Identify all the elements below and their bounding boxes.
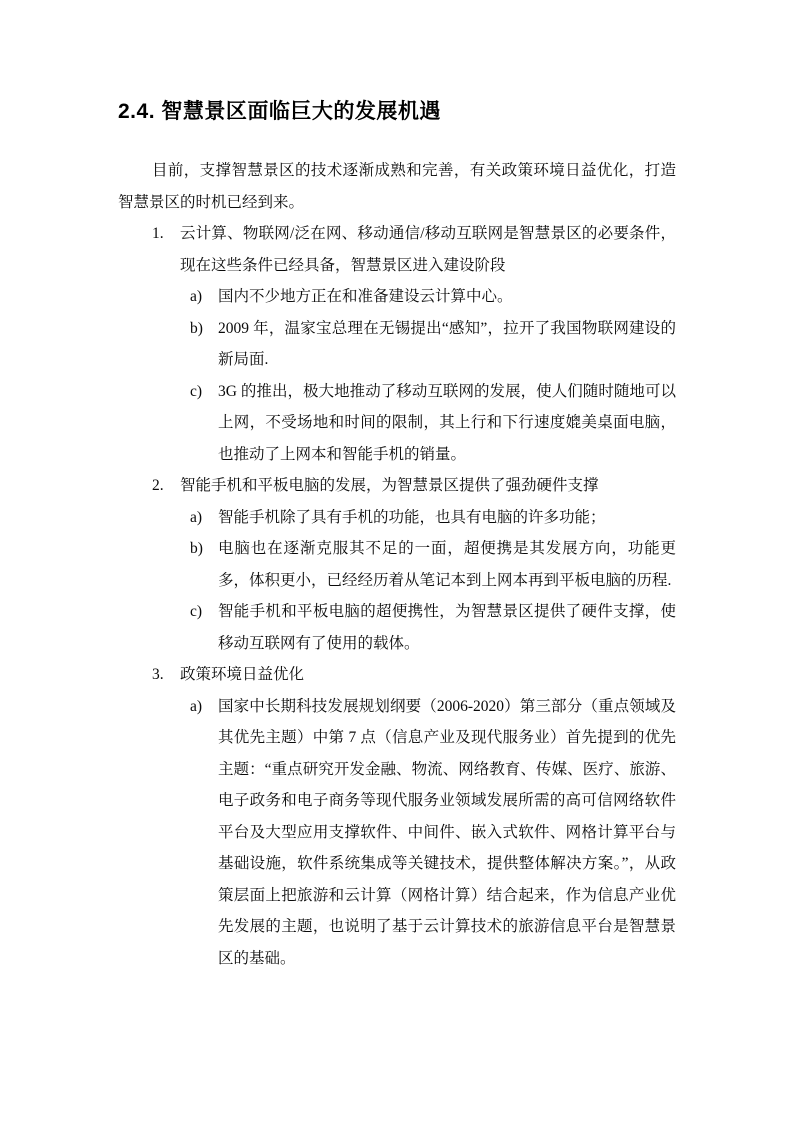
sub-list-item-2a: a) 智能手机除了具有手机的功能，也具有电脑的许多功能； [118,502,676,534]
sub-item-text: 国内不少地方正在和准备建设云计算中心。 [218,281,676,313]
sub-list-item-1b: b) 2009 年，温家宝总理在无锡提出“感知”，拉开了我国物联网建设的新局面. [118,313,676,376]
sub-list-item-2c: c) 智能手机和平板电脑的超便携性，为智慧景区提供了硬件支撑，使移动互联网有了使… [118,596,676,659]
sub-item-marker: a) [190,502,218,534]
list-number: 3. [152,659,180,691]
sub-item-text: 智能手机和平板电脑的超便携性，为智慧景区提供了硬件支撑，使移动互联网有了使用的载… [218,596,676,659]
section-heading: 2.4. 智慧景区面临巨大的发展机遇 [118,97,676,127]
sub-item-text: 3G 的推出，极大地推动了移动互联网的发展，使人们随时随地可以上网，不受场地和时… [218,376,676,471]
sub-item-text: 国家中长期科技发展规划纲要（2006-2020）第三部分（重点领域及其优先主题）… [218,691,676,975]
list-item-text: 智能手机和平板电脑的发展，为智慧景区提供了强劲硬件支撑 [180,470,676,502]
list-item-3: 3. 政策环境日益优化 [118,659,676,691]
list-number: 1. [152,218,180,250]
sub-item-text: 电脑也在逐渐克服其不足的一面，超便携是其发展方向，功能更多，体积更小，已经经历着… [218,533,676,596]
sub-list-item-1c: c) 3G 的推出，极大地推动了移动互联网的发展，使人们随时随地可以上网，不受场… [118,376,676,471]
sub-item-marker: b) [190,533,218,565]
sub-item-text: 智能手机除了具有手机的功能，也具有电脑的许多功能； [218,502,676,534]
sub-list-item-1a: a) 国内不少地方正在和准备建设云计算中心。 [118,281,676,313]
list-item-2: 2. 智能手机和平板电脑的发展，为智慧景区提供了强劲硬件支撑 [118,470,676,502]
document-page: 2.4. 智慧景区面临巨大的发展机遇 目前，支撑智慧景区的技术逐渐成熟和完善，有… [0,0,793,1122]
list-number: 2. [152,470,180,502]
list-item-text: 政策环境日益优化 [180,659,676,691]
sub-item-marker: b) [190,313,218,345]
sub-item-marker: c) [190,596,218,628]
sub-list-item-3a: a) 国家中长期科技发展规划纲要（2006-2020）第三部分（重点领域及其优先… [118,691,676,975]
sub-item-marker: a) [190,281,218,313]
intro-paragraph: 目前，支撑智慧景区的技术逐渐成熟和完善，有关政策环境日益优化，打造智慧景区的时机… [118,155,676,218]
list-item-1: 1. 云计算、物联网/泛在网、移动通信/移动互联网是智慧景区的必要条件，现在这些… [118,218,676,281]
sub-item-marker: a) [190,691,218,723]
sub-item-text: 2009 年，温家宝总理在无锡提出“感知”，拉开了我国物联网建设的新局面. [218,313,676,376]
sub-item-marker: c) [190,376,218,408]
sub-list-item-2b: b) 电脑也在逐渐克服其不足的一面，超便携是其发展方向，功能更多，体积更小，已经… [118,533,676,596]
list-item-text: 云计算、物联网/泛在网、移动通信/移动互联网是智慧景区的必要条件，现在这些条件已… [180,218,676,281]
document-content: 2.4. 智慧景区面临巨大的发展机遇 目前，支撑智慧景区的技术逐渐成熟和完善，有… [118,0,676,974]
